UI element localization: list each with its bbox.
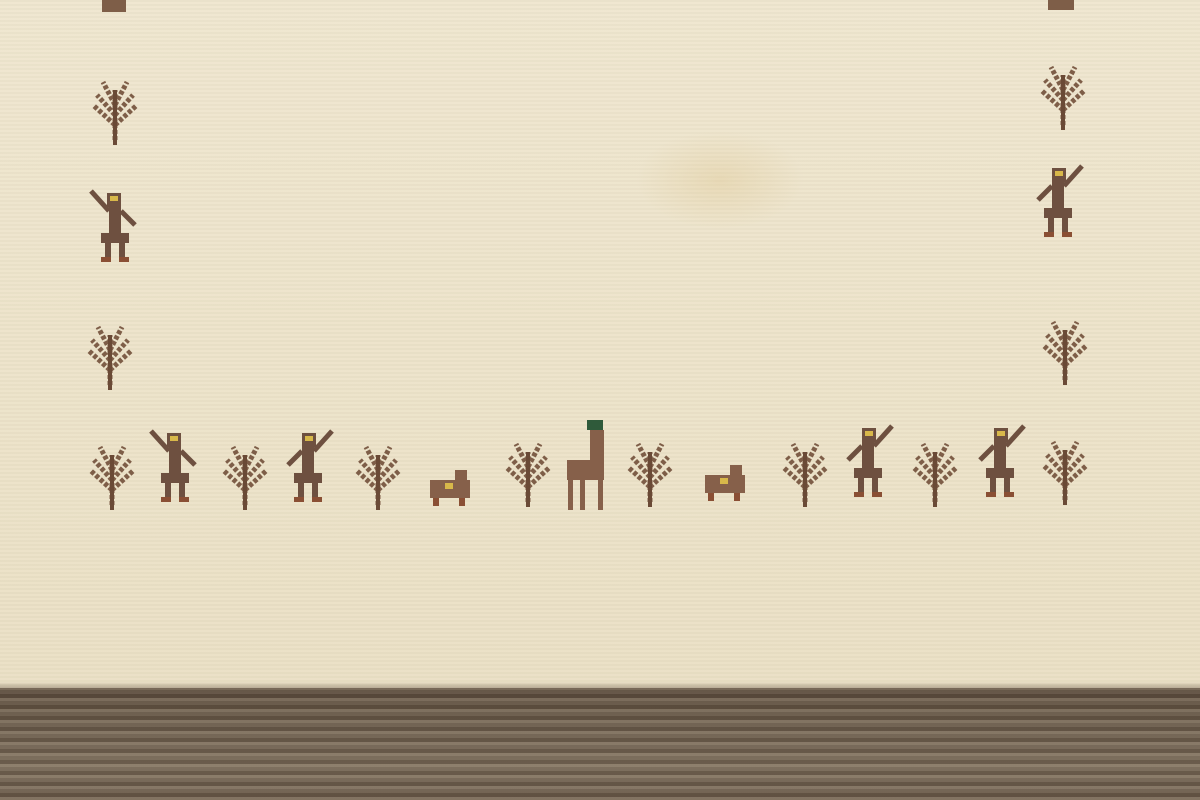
tree-motif bbox=[1041, 67, 1085, 130]
tree-motif bbox=[1043, 322, 1087, 385]
tree-motif bbox=[93, 82, 137, 145]
figure-motif bbox=[91, 191, 135, 262]
figure-motif bbox=[1038, 166, 1082, 237]
tree-motif bbox=[88, 327, 132, 390]
motif-layer bbox=[0, 0, 1200, 800]
